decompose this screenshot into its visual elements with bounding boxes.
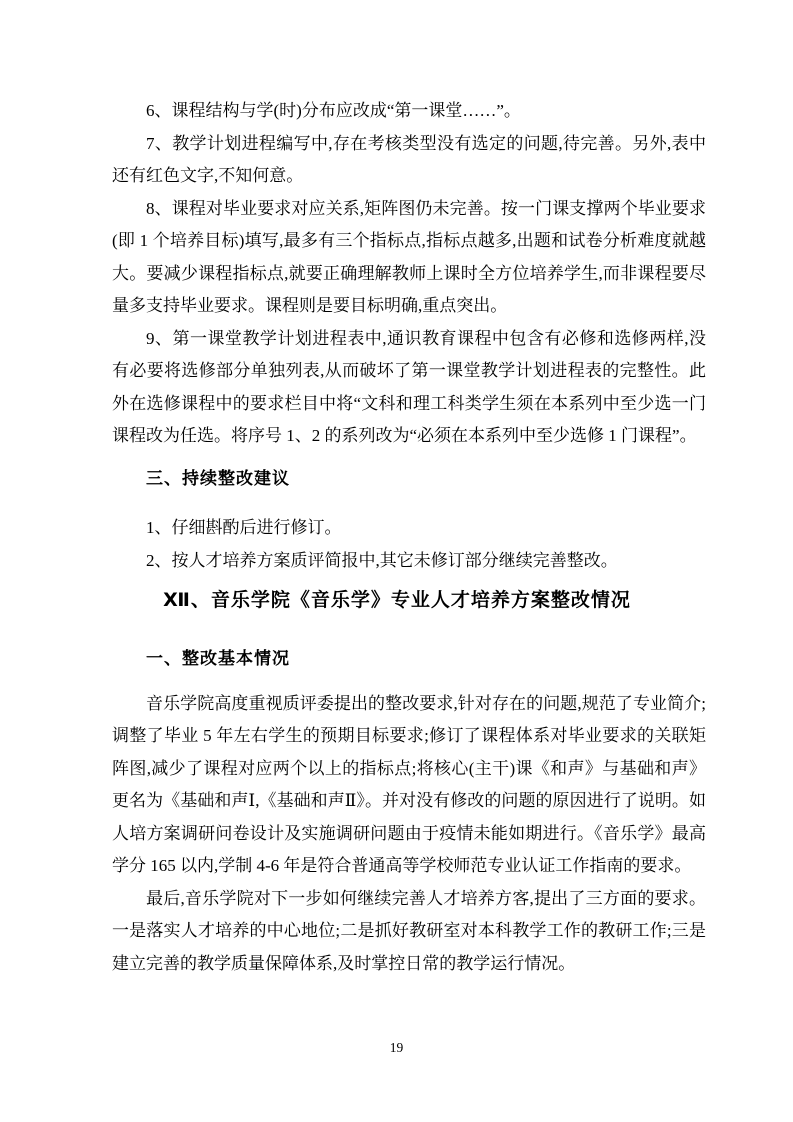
chapter-title-music-college: Ⅻ、音乐学院《音乐学》专业人才培养方案整改情况 [100,583,694,619]
review-item-7: 7、教学计划进程编写中,存在考核类型没有选定的问题,待完善。另外,表中还有红色文… [112,128,706,193]
section-heading-basic-rectification-situation: 一、整改基本情况 [112,643,706,676]
chapter-paragraph-1: 音乐学院高度重视质评委提出的整改要求,针对存在的问题,规范了专业简介;调整了毕业… [112,688,706,883]
review-item-8: 8、课程对毕业要求对应关系,矩阵图仍未完善。按一门课支撑两个毕业要求(即 1 个… [112,193,706,323]
suggestion-item-2: 2、按人才培养方案质评简报中,其它未修订部分继续完善整改。 [112,545,706,578]
review-item-9: 9、第一课堂教学计划进程表中,通识教育课程中包含有必修和选修两样,没有必要将选修… [112,323,706,453]
review-item-6: 6、课程结构与学(时)分布应改成“第一课堂……”。 [112,95,706,128]
suggestion-item-1: 1、仔细斟酌后进行修订。 [112,512,706,545]
chapter-paragraph-2: 最后,音乐学院对下一步如何继续完善人才培养方客,提出了三方面的要求。一是落实人才… [112,883,706,981]
section-heading-continuous-rectification-suggestions: 三、持续整改建议 [112,463,706,496]
page-number: 19 [0,1038,793,1058]
document-page: 6、课程结构与学(时)分布应改成“第一课堂……”。 7、教学计划进程编写中,存在… [0,0,793,1122]
document-content: 6、课程结构与学(时)分布应改成“第一课堂……”。 7、教学计划进程编写中,存在… [112,95,706,980]
